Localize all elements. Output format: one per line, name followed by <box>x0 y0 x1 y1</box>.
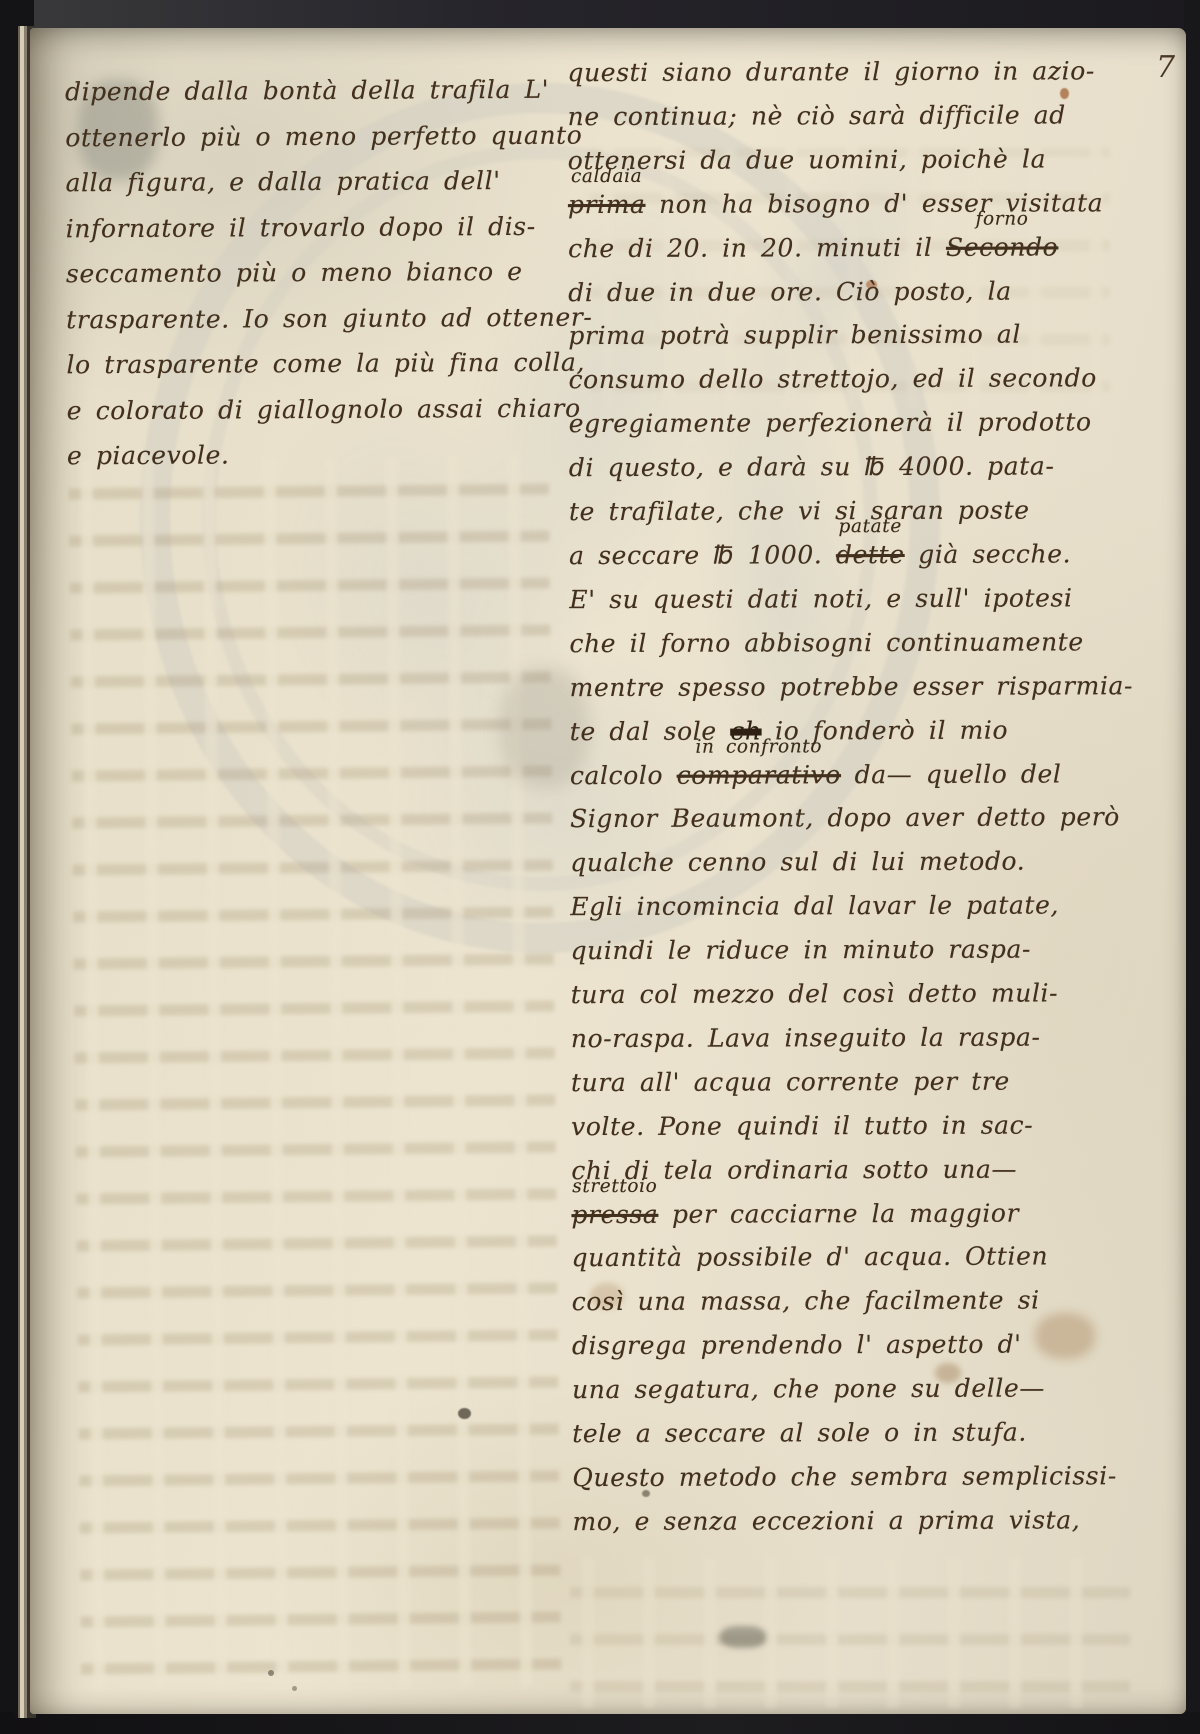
manuscript-line: di questo, e darà su ℔ 4000. pata- <box>569 444 1200 490</box>
text-run: dipende dalla bontà della trafila L' <box>65 75 549 107</box>
manuscript-line: egregiamente perfezionerà il prodotto <box>569 400 1200 446</box>
manuscript-line: Questo metodo che sembra semplicissi- <box>572 1454 1200 1500</box>
text-run: Questo metodo che sembra semplicissi- <box>572 1461 1117 1492</box>
manuscript-line: infornatore il trovarlo dopo il dis- <box>66 203 566 251</box>
text-run: già secche. <box>905 539 1072 569</box>
manuscript-line: di due in due ore. Ciò posto, la <box>568 268 1200 314</box>
ink-smudge <box>720 1626 766 1648</box>
text-run: infornatore il trovarlo dopo il dis- <box>66 211 536 242</box>
correction: fornoSecondo <box>946 225 1058 269</box>
text-run: tura all' acqua corrente per tre <box>571 1066 1010 1097</box>
text-run: una segatura, che pone su delle— <box>572 1374 1045 1405</box>
struck-word: dette <box>836 540 905 569</box>
text-run: quantità possibile d' acqua. Ottien <box>572 1242 1049 1273</box>
ink-speck <box>292 1686 297 1691</box>
manuscript-line: calcolo in confrontocomparativo da— quel… <box>570 751 1200 797</box>
text-run: non ha bisogno d' esser visitata <box>645 188 1103 219</box>
dark-background-top <box>0 0 1200 30</box>
text-run: calcolo <box>570 760 677 789</box>
ink-speck <box>268 1670 274 1676</box>
manuscript-line: te dal sole ch io fonderò il mio <box>570 707 1200 753</box>
text-run: egregiamente perfezionerà il prodotto <box>569 408 1092 439</box>
text-run: Egli incomincia dal lavar le patate, <box>570 891 1059 922</box>
manuscript-line: prima potrà supplir benissimo al <box>568 312 1200 358</box>
text-run: trasparente. Io son giunto ad ottener- <box>66 302 592 334</box>
text-run: per cacciarne la maggior <box>658 1198 1019 1228</box>
text-run: così una massa, che facilmente si <box>572 1286 1040 1317</box>
bleedthrough-text <box>69 456 562 1691</box>
text-run: qualche cenno sul di lui metodo. <box>570 847 1025 878</box>
text-run: e piacevole. <box>67 440 230 470</box>
manuscript-line: ottenersi da due uomini, poichè la <box>568 137 1200 183</box>
manuscript-scan: { "manuscript": { "page_number": "7", "l… <box>0 0 1200 1734</box>
dark-background-bottom <box>0 1712 1200 1734</box>
text-run: tele a seccare al sole o in stufa. <box>572 1418 1027 1449</box>
text-run: a seccare ℔ 1000. <box>569 540 836 570</box>
text-run: mentre spesso potrebbe esser risparmia- <box>570 671 1134 702</box>
text-run: che di 20. in 20. minuti il <box>568 232 946 262</box>
text-run: ne continua; nè ciò sarà difficile ad <box>568 100 1066 131</box>
text-run: mo, e senza eccezioni a prima vista, <box>572 1505 1080 1536</box>
inserted-word: forno <box>976 210 1029 229</box>
manuscript-line: seccamento più o meno bianco e <box>66 249 566 297</box>
inserted-word: in confronto <box>695 738 822 757</box>
manuscript-line: disgrega prendendo l' aspetto d' <box>572 1322 1200 1368</box>
manuscript-line: caldaiaprima non ha bisogno d' esser vis… <box>568 181 1200 227</box>
text-run: di due in due ore. Ciò posto, la <box>568 276 1012 307</box>
text-run: te trafilate, che vi si saran poste <box>569 496 1030 527</box>
manuscript-line: consumo dello strettojo, ed il secondo <box>568 356 1200 402</box>
text-run: E' su questi dati noti, e sull' ipotesi <box>569 583 1072 614</box>
correction: patatedette <box>836 533 905 577</box>
text-run: disgrega prendendo l' aspetto d' <box>572 1330 1022 1361</box>
bleedthrough-text <box>570 1558 1130 1708</box>
text-run: alla figura, e dalla pratica dell' <box>65 166 500 197</box>
manuscript-line: dipende dalla bontà della trafila L' <box>65 67 565 115</box>
text-run: tura col mezzo del così detto muli- <box>571 978 1059 1009</box>
struck-word: Secondo <box>946 232 1058 261</box>
manuscript-line: ottenerlo più o meno perfetto quanto <box>65 112 565 160</box>
manuscript-line: tura all' acqua corrente per tre <box>571 1059 1200 1105</box>
text-run: lo trasparente come la più fina colla, <box>66 348 585 380</box>
manuscript-line: una segatura, che pone su delle— <box>572 1366 1200 1412</box>
inserted-word: strettoio <box>572 1178 657 1197</box>
manuscript-page: 7 dipende dalla bontà della trafila L'ot… <box>30 28 1186 1714</box>
manuscript-line: e piacevole. <box>67 431 567 479</box>
struck-word: comparativo <box>677 760 841 790</box>
manuscript-line: così una massa, che facilmente si <box>572 1278 1200 1324</box>
manuscript-line: mentre spesso potrebbe esser risparmia- <box>570 664 1200 710</box>
manuscript-line: tele a seccare al sole o in stufa. <box>572 1410 1200 1456</box>
correction: caldaiaprima <box>568 183 646 227</box>
manuscript-line: alla figura, e dalla pratica dell' <box>65 158 565 206</box>
text-run: e colorato di giallognolo assai chiaro <box>67 393 581 425</box>
manuscript-line: trasparente. Io son giunto ad ottener- <box>66 294 566 342</box>
inserted-word: patate <box>839 518 902 537</box>
text-run: Signor Beaumont, dopo aver detto però <box>570 803 1120 834</box>
text-run: volte. Pone quindi il tutto in sac- <box>571 1110 1033 1141</box>
inserted-word: caldaia <box>571 168 642 187</box>
manuscript-line: a seccare ℔ 1000. patatedette già secche… <box>569 532 1200 578</box>
manuscript-line: strettoiopressa per cacciarne la maggior <box>571 1190 1200 1236</box>
text-run: questi siano durante il giorno in azio- <box>567 56 1095 87</box>
right-column: questi siano durante il giorno in azio-n… <box>567 49 1200 1544</box>
text-run: no-raspa. Lava inseguito la raspa- <box>571 1022 1041 1053</box>
manuscript-line: tura col mezzo del così detto muli- <box>571 971 1200 1017</box>
manuscript-line: che il forno abbisogni continuamente <box>569 620 1200 666</box>
ink-speck <box>458 1408 471 1419</box>
text-run: da— quello del <box>841 759 1062 789</box>
manuscript-line: quantità possibile d' acqua. Ottien <box>572 1234 1200 1280</box>
manuscript-line: lo trasparente come la più fina colla, <box>66 340 566 388</box>
left-column: dipende dalla bontà della trafila L'otte… <box>65 67 567 479</box>
manuscript-line: Egli incomincia dal lavar le patate, <box>570 883 1200 929</box>
text-run: che il forno abbisogni continuamente <box>569 627 1083 658</box>
manuscript-line: ne continua; nè ciò sarà difficile ad <box>568 93 1200 139</box>
manuscript-line: volte. Pone quindi il tutto in sac- <box>571 1103 1200 1149</box>
struck-word: prima <box>568 190 646 219</box>
manuscript-line: chi di tela ordinaria sotto una— <box>571 1147 1200 1193</box>
manuscript-line: e colorato di giallognolo assai chiaro <box>67 385 567 433</box>
struck-word: pressa <box>571 1199 658 1228</box>
manuscript-line: quindi le riduce in minuto raspa- <box>570 927 1200 973</box>
text-run: di questo, e darà su ℔ 4000. pata- <box>569 452 1055 483</box>
manuscript-line: qualche cenno sul di lui metodo. <box>570 839 1200 885</box>
correction: in confrontocomparativo <box>677 753 841 797</box>
manuscript-line: Signor Beaumont, dopo aver detto però <box>570 795 1200 841</box>
text-run: consumo dello strettojo, ed il secondo <box>568 364 1096 395</box>
manuscript-line: mo, e senza eccezioni a prima vista, <box>572 1498 1200 1544</box>
manuscript-line: no-raspa. Lava inseguito la raspa- <box>571 1015 1200 1061</box>
manuscript-line: questi siano durante il giorno in azio- <box>567 49 1200 95</box>
manuscript-line: E' su questi dati noti, e sull' ipotesi <box>569 576 1200 622</box>
text-run: seccamento più o meno bianco e <box>66 257 523 288</box>
text-run: prima potrà supplir benissimo al <box>568 320 1021 351</box>
correction: strettoiopressa <box>571 1192 658 1236</box>
text-run: ottenerlo più o meno perfetto quanto <box>65 120 582 152</box>
manuscript-line: che di 20. in 20. minuti il fornoSecondo <box>568 224 1200 270</box>
text-run: quindi le riduce in minuto raspa- <box>570 935 1031 966</box>
